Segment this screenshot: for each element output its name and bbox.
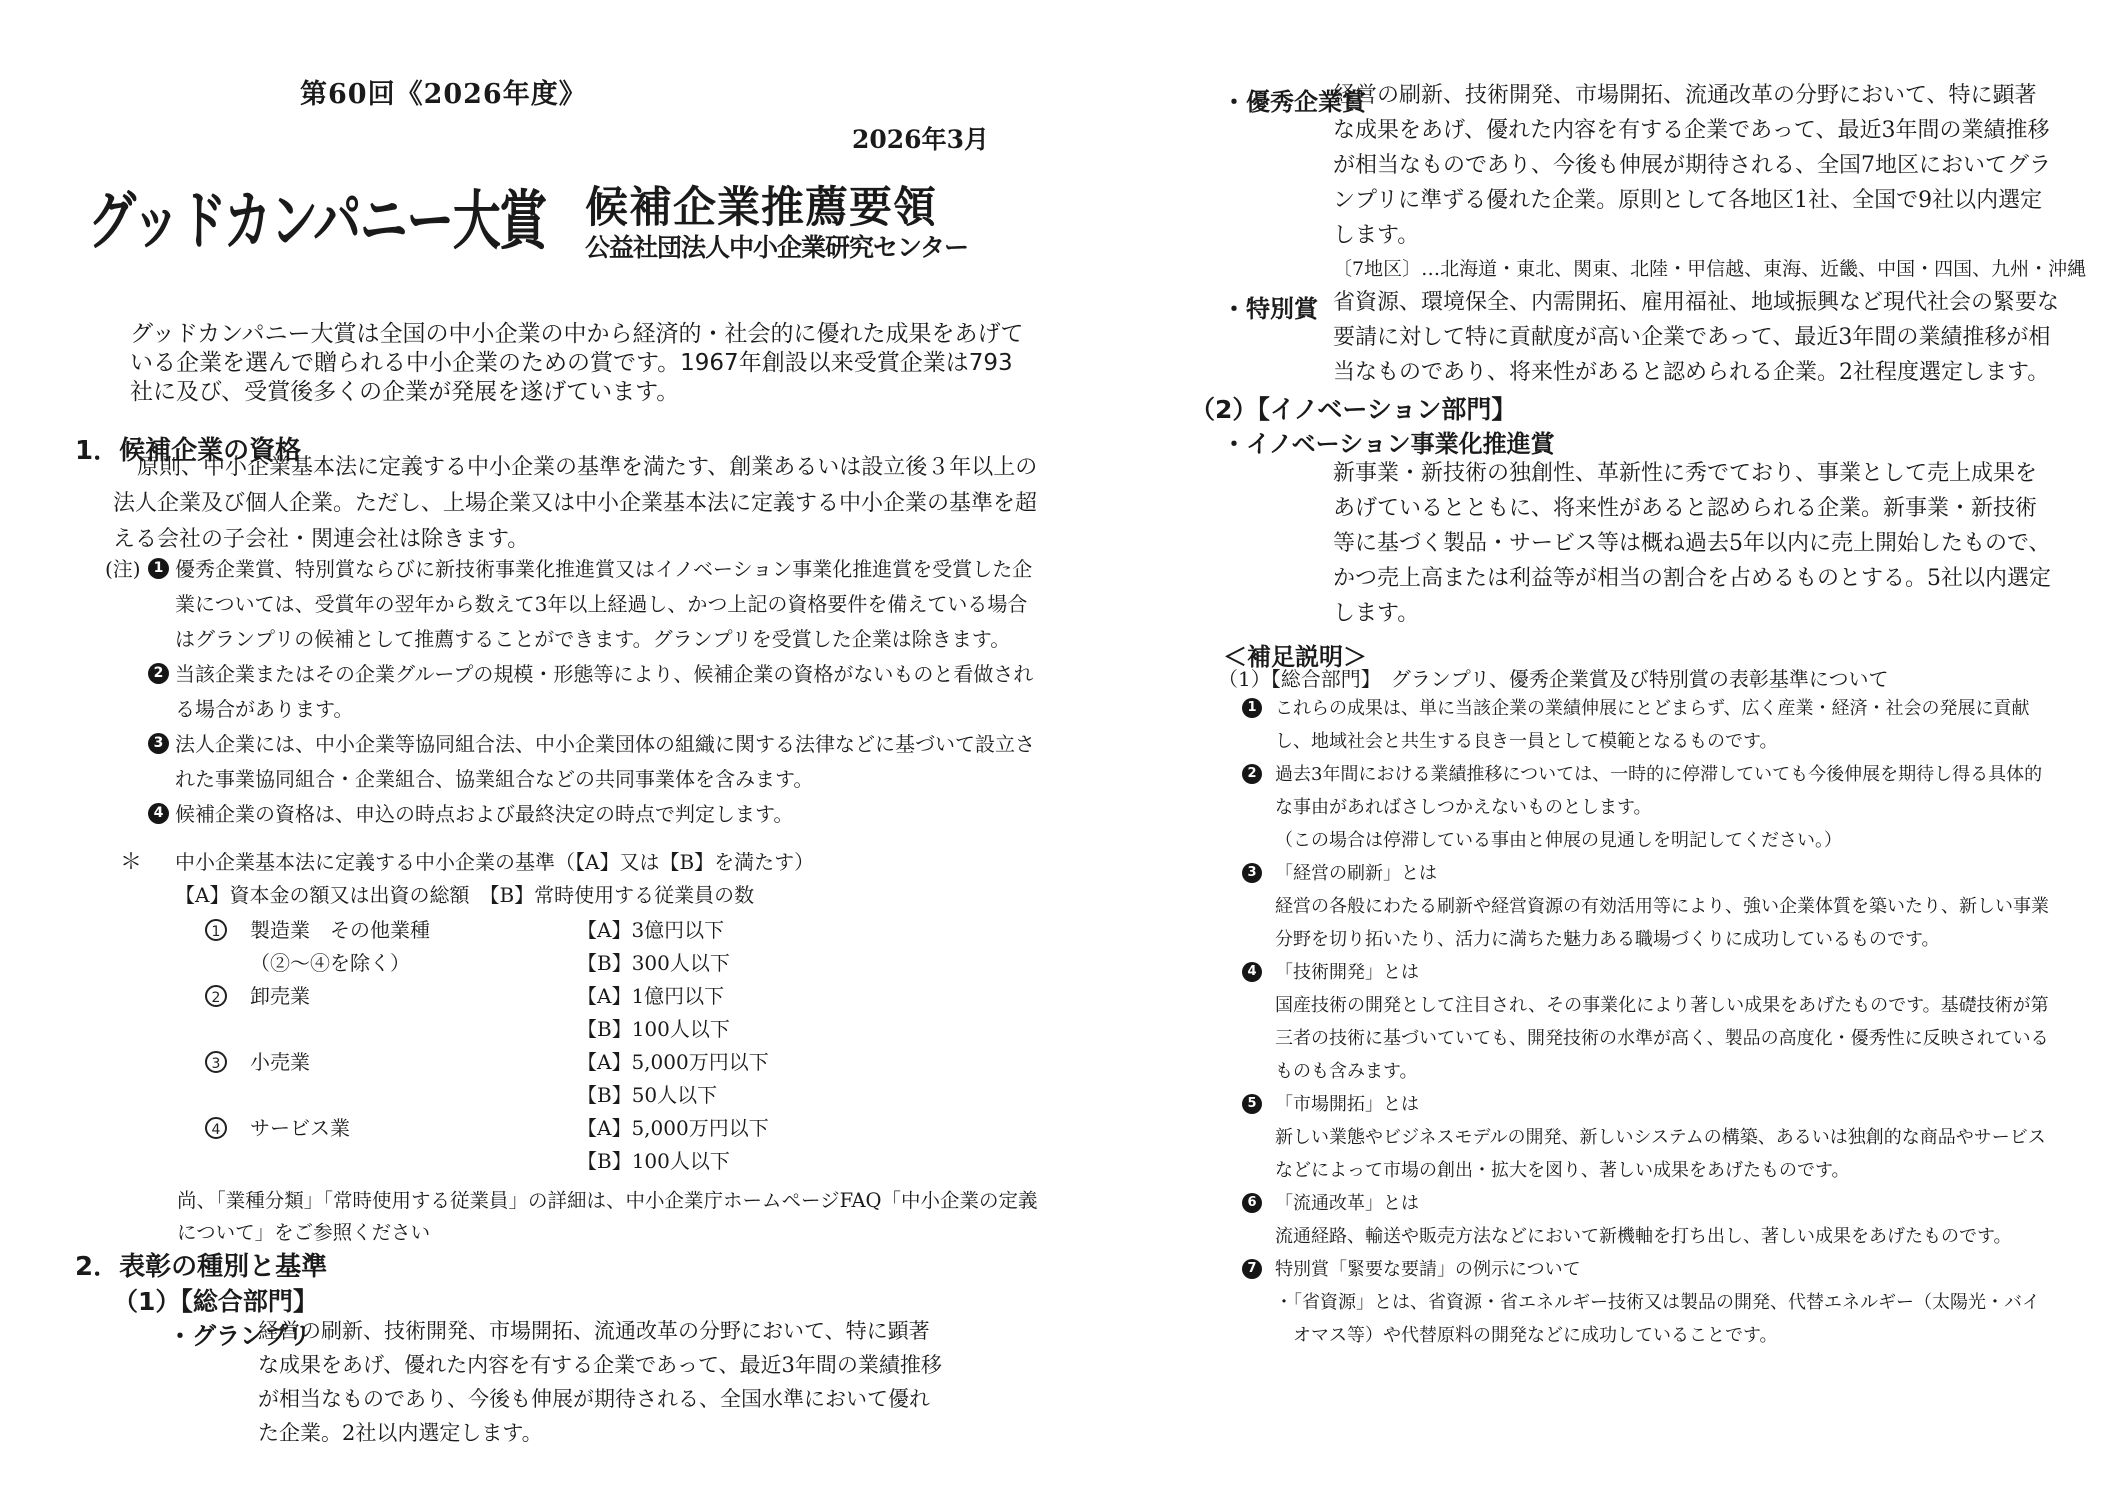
supplement-item: 6 「流通改革」とは 流通経路、輸送や販売方法などにおいて新機軸を打ち出し、著し… <box>1242 1187 2054 1253</box>
value-cell: 【B】300人以下 <box>577 947 1040 976</box>
special-award-label: ・特別賞 <box>1222 289 1318 324</box>
supplement-number-badge: 5 <box>1242 1094 1262 1114</box>
value-cell: 【A】1億円以下 <box>577 980 1040 1009</box>
supplement-paren-note: （この場合は停滞している事由と伸展の見通しを明記してください。） <box>1275 824 2054 857</box>
criteria-row: 1製造業 その他業種 【A】3億円以下 <box>205 912 1040 945</box>
criteria-row: 2卸売業 【A】1億円以下 <box>205 978 1040 1011</box>
special-award-body: 省資源、環境保全、内需開拓、雇用福祉、地域振興など現代社会の緊要な要請に対して特… <box>1333 285 2063 390</box>
industry-cell: 卸売業 <box>250 980 310 1009</box>
supplement-item: 4 「技術開発」とは 国産技術の開発として注目され、その事業化により著しい成果を… <box>1242 956 2054 1088</box>
general-division-heading: （1）【総合部門】 <box>113 1282 318 1318</box>
seven-districts-note: 〔7地区〕…北海道・東北、関東、北陸・甲信越、東海、近畿、中国・四国、九州・沖縄 <box>1333 253 2086 285</box>
supplement-term-title: 「技術開発」とは <box>1275 956 2054 989</box>
note-item: 3 法人企業には、中小企業等協同組合法、中小企業団体の組織に関する法律などに基づ… <box>105 727 1040 797</box>
value-cell: 【A】5,000万円以下 <box>577 1046 1040 1075</box>
intro-paragraph: グッドカンパニー大賞は全国の中小企業の中から経済的・社会的に優れた成果をあげてい… <box>130 320 1030 407</box>
supplement-number-badge: 4 <box>1242 962 1262 982</box>
supplement-number-badge: 6 <box>1242 1193 1262 1213</box>
criteria-title: 中小企業基本法に定義する中小企業の基準（【A】又は【B】を満たす） <box>175 846 814 875</box>
note-label: (注) <box>105 552 141 587</box>
value-cell: 【B】50人以下 <box>577 1079 1040 1108</box>
note-text: 候補企業の資格は、申込の時点および最終決定の時点で判定します。 <box>175 802 793 826</box>
supplement-term-title: 「流通改革」とは <box>1275 1187 2054 1220</box>
criteria-row: （②～④を除く） 【B】300人以下 <box>205 945 1040 978</box>
criteria-table: 1製造業 その他業種 【A】3億円以下 （②～④を除く） 【B】300人以下 2… <box>205 912 1040 1176</box>
criteria-row: 4サービス業 【A】5,000万円以下 <box>205 1110 1040 1143</box>
supplement-text: 過去3年間における業績推移については、一時的に停滞していても今後伸展を期待し得る… <box>1275 758 2054 824</box>
criteria-row: 【B】100人以下 <box>205 1143 1040 1176</box>
supplement-item: 3 「経営の刷新」とは 経営の各般にわたる刷新や経営資源の有効活用等により、強い… <box>1242 857 2054 956</box>
value-cell: 【B】100人以下 <box>577 1145 1040 1174</box>
note-item: (注) 1 優秀企業賞、特別賞ならびに新技術事業化推進賞又はイノベーション事業化… <box>105 552 1040 657</box>
note-text: 当該企業またはその企業グループの規模・形態等により、候補企業の資格がないものと看… <box>175 662 1033 721</box>
supplement-text: 国産技術の開発として注目され、その事業化により著しい成果をあげたものです。基礎技… <box>1275 989 2054 1088</box>
supplement-term-title: 「市場開拓」とは <box>1275 1088 2054 1121</box>
note-text: 法人企業には、中小企業等協同組合法、中小企業団体の組織に関する法律などに基づいて… <box>175 732 1035 791</box>
supplement-term-title: 特別賞「緊要な要請」の例示について <box>1275 1253 2054 1286</box>
notes-list: (注) 1 優秀企業賞、特別賞ならびに新技術事業化推進賞又はイノベーション事業化… <box>105 552 1040 832</box>
supplement-list: 1 これらの成果は、単に当該企業の業績伸展にとどまらず、広く産業・経済・社会の発… <box>1242 692 2054 1352</box>
issue-date: 2026年3月 <box>852 120 989 156</box>
criteria-row: 3小売業 【A】5,000万円以下 <box>205 1044 1040 1077</box>
section1-body: 原則、中小企業基本法に定義する中小企業の基準を満たす、創業あるいは設立後３年以上… <box>113 450 1038 558</box>
value-cell: 【A】3億円以下 <box>577 914 1040 943</box>
note-item: 4 候補企業の資格は、申込の時点および最終決定の時点で判定します。 <box>105 797 1040 832</box>
excellent-award-body: 経営の刷新、技術開発、市場開拓、流通改革の分野において、特に顕著な成果をあげ、優… <box>1333 78 2058 253</box>
supplement-item: 1 これらの成果は、単に当該企業の業績伸展にとどまらず、広く産業・経済・社会の発… <box>1242 692 2054 758</box>
industry-cell: （②～④を除く） <box>250 947 410 976</box>
organization-name: 公益社団法人中小企業研究センター <box>585 228 968 264</box>
row-number-icon: 1 <box>205 919 227 941</box>
document-page: 第60回《2026年度》 2026年3月 グッドカンパニー大賞 候補企業推薦要領… <box>0 0 2117 1497</box>
supplement-text: 新しい業態やビジネスモデルの開発、新しいシステムの構築、あるいは独創的な商品やサ… <box>1275 1121 2054 1187</box>
note-number-badge: 2 <box>148 663 169 684</box>
innovation-division-heading: （2）【イノベーション部門】 <box>1190 390 1516 426</box>
supplement-text: これらの成果は、単に当該企業の業績伸展にとどまらず、広く産業・経済・社会の発展に… <box>1275 692 2054 758</box>
supplement-text: 流通経路、輸送や販売方法などにおいて新機軸を打ち出し、著しい成果をあげたものです… <box>1275 1220 2054 1253</box>
innovation-award-body: 新事業・新技術の独創性、革新性に秀でており、事業として売上成果をあげているととも… <box>1333 456 2058 631</box>
value-cell: 【B】100人以下 <box>577 1013 1040 1042</box>
industry-cell: サービス業 <box>250 1112 350 1141</box>
supplement-text: ・「省資源」とは、省資源・省エネルギー技術又は製品の開発、代替エネルギー（太陽光… <box>1275 1286 2054 1352</box>
supplement-item: 7 特別賞「緊要な要請」の例示について ・「省資源」とは、省資源・省エネルギー技… <box>1242 1253 2054 1352</box>
note-item: 2 当該企業またはその企業グループの規模・形態等により、候補企業の資格がないもの… <box>105 657 1040 727</box>
criteria-footnote: 尚、「業種分類」「常時使用する従業員」の詳細は、中小企業庁ホームページFAQ「中… <box>177 1185 1038 1249</box>
industry-cell: 小売業 <box>250 1046 310 1075</box>
note-number-badge: 3 <box>148 733 169 754</box>
criteria-row: 【B】50人以下 <box>205 1077 1040 1110</box>
supplement-subheading: （1）【総合部門】 グランプリ、優秀企業賞及び特別賞の表彰基準について <box>1218 663 1889 692</box>
asterisk-marker: ＊ <box>120 845 142 876</box>
section2-heading: 2．表彰の種別と基準 <box>75 1246 327 1283</box>
grand-prix-body: 経営の刷新、技術開発、市場開拓、流通改革の分野において、特に顕著な成果をあげ、優… <box>258 1314 943 1450</box>
criteria-legend: 【A】資本金の額又は出資の総額 【B】常時使用する従業員の数 <box>175 879 754 908</box>
industry-cell: 製造業 その他業種 <box>250 914 430 943</box>
criteria-row: 【B】100人以下 <box>205 1011 1040 1044</box>
supplement-number-badge: 1 <box>1242 698 1262 718</box>
row-number-icon: 4 <box>205 1117 227 1139</box>
supplement-number-badge: 7 <box>1242 1259 1262 1279</box>
row-number-icon: 2 <box>205 985 227 1007</box>
value-cell: 【A】5,000万円以下 <box>577 1112 1040 1141</box>
supplement-number-badge: 3 <box>1242 863 1262 883</box>
supplement-text: 経営の各般にわたる刷新や経営資源の有効活用等により、強い企業体質を築いたり、新し… <box>1275 890 2054 956</box>
supplement-item: 2 過去3年間における業績推移については、一時的に停滞していても今後伸展を期待し… <box>1242 758 2054 857</box>
note-number-badge: 1 <box>148 558 169 579</box>
supplement-term-title: 「経営の刷新」とは <box>1275 857 2054 890</box>
award-logo: グッドカンパニー大賞 <box>88 170 546 262</box>
row-number-icon: 3 <box>205 1051 227 1073</box>
innovation-award-label: ・イノベーション事業化推進賞 <box>1222 424 1555 459</box>
supplement-number-badge: 2 <box>1242 764 1262 784</box>
criteria-footnote-line: について」をご参照ください <box>177 1217 1038 1249</box>
supplement-item: 5 「市場開拓」とは 新しい業態やビジネスモデルの開発、新しいシステムの構築、あ… <box>1242 1088 2054 1187</box>
note-number-badge: 4 <box>148 803 169 824</box>
note-text: 優秀企業賞、特別賞ならびに新技術事業化推進賞又はイノベーション事業化推進賞を受賞… <box>175 557 1032 651</box>
criteria-footnote-line: 尚、「業種分類」「常時使用する従業員」の詳細は、中小企業庁ホームページFAQ「中… <box>177 1185 1038 1217</box>
edition-heading: 第60回《2026年度》 <box>300 72 587 111</box>
document-title: 候補企業推薦要領 <box>585 174 937 235</box>
